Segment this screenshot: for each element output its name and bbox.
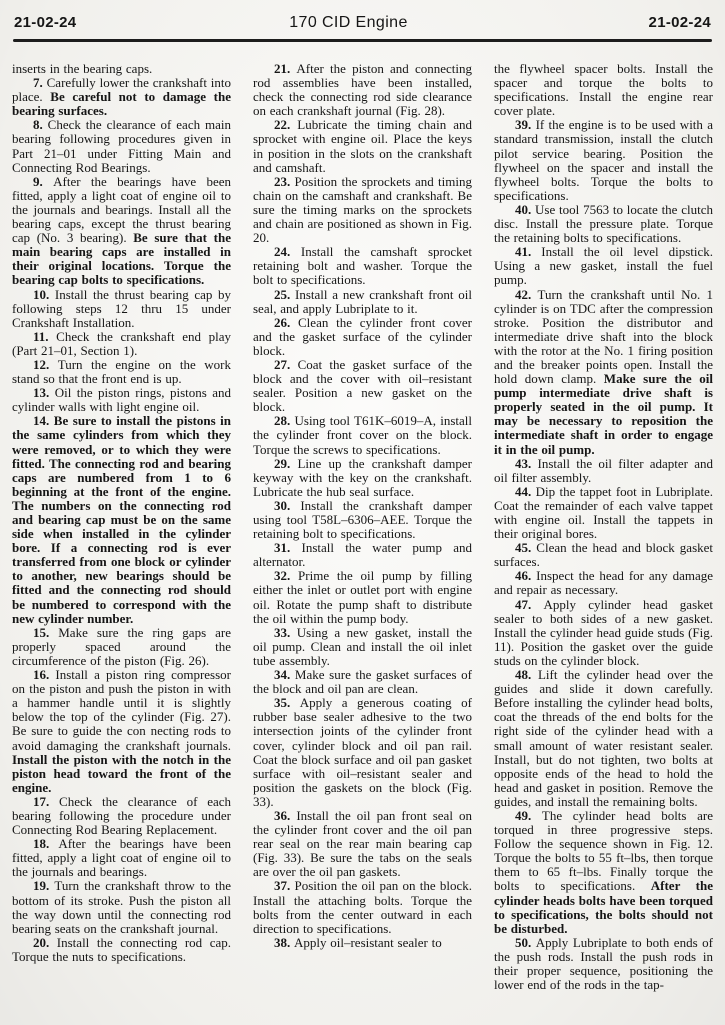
paragraph: 24. Install the camshaft sprocket retain… — [253, 245, 472, 287]
paragraph: 40. Use tool 7563 to locate the clutch d… — [494, 203, 713, 245]
paragraph: 10. Install the thrust bearing cap by fo… — [12, 288, 231, 330]
step-number: 40. — [515, 202, 535, 217]
step-number: 48. — [515, 667, 538, 682]
step-number: 13. — [33, 385, 55, 400]
body-text: Apply a generous coating of rubber base … — [253, 695, 472, 809]
paragraph: 28. Using tool T61K–6019–A, install the … — [253, 414, 472, 456]
paragraph: 9. After the bearings have been fitted, … — [12, 175, 231, 288]
step-number: 30. — [274, 498, 300, 513]
body-text: Apply oil–resistant sealer to — [294, 935, 442, 950]
paragraph: 29. Line up the crankshaft damper keyway… — [253, 457, 472, 499]
paragraph: 27. Coat the gasket surface of the block… — [253, 358, 472, 414]
step-number: 37. — [274, 878, 295, 893]
paragraph: inserts in the bearing caps. — [12, 62, 231, 76]
paragraph: 8. Check the clearance of each main bear… — [12, 118, 231, 174]
paragraph: the flywheel spacer bolts. Install the s… — [494, 62, 713, 118]
paragraph: 50. Apply Lubriplate to both ends of the… — [494, 936, 713, 992]
step-number: 46. — [515, 568, 536, 583]
step-number: 26. — [274, 315, 298, 330]
paragraph: 37. Position the oil pan on the block. I… — [253, 879, 472, 935]
step-number: 47. — [515, 597, 543, 612]
paragraph: 7. Carefully lower the crankshaft into p… — [12, 76, 231, 118]
paragraph: 23. Position the sprockets and timing ch… — [253, 175, 472, 245]
paragraph: 49. The cylinder head bolts are torqued … — [494, 809, 713, 936]
paragraph: 48. Lift the cylinder head over the guid… — [494, 668, 713, 809]
page-body: inserts in the bearing caps.7. Carefully… — [12, 62, 713, 992]
paragraph: 25. Install a new crankshaft front oil s… — [253, 288, 472, 316]
page-number-left: 21-02-24 — [14, 14, 76, 31]
step-number: 43. — [515, 456, 537, 471]
step-number: 31. — [274, 540, 301, 555]
step-number: 15. — [33, 625, 58, 640]
body-text: inserts in the bearing caps. — [12, 61, 152, 76]
paragraph: 38. Apply oil–resistant sealer to — [253, 936, 472, 950]
step-number: 33. — [274, 625, 297, 640]
paragraph: 21. After the piston and connecting rod … — [253, 62, 472, 118]
step-number: 17. — [33, 794, 59, 809]
step-number: 22. — [274, 117, 297, 132]
step-number: 27. — [274, 357, 298, 372]
paragraph: 19. Turn the crankshaft throw to the bot… — [12, 879, 231, 935]
header-rule — [13, 39, 712, 42]
paragraph: 26. Clean the cylinder front cover and t… — [253, 316, 472, 358]
paragraph: 42. Turn the crankshaft until No. 1 cyli… — [494, 288, 713, 457]
step-number: 8. — [33, 117, 48, 132]
step-number: 9. — [33, 174, 53, 189]
step-number: 19. — [33, 878, 54, 893]
paragraph: 43. Install the oil filter adapter and o… — [494, 457, 713, 485]
step-number: 39. — [515, 117, 536, 132]
paragraph: 14. Be sure to install the pistons in th… — [12, 414, 231, 625]
step-number: 24. — [274, 244, 301, 259]
paragraph: 12. Turn the engine on the work stand so… — [12, 358, 231, 386]
paragraph: 15. Make sure the ring gaps are properly… — [12, 626, 231, 668]
text-column-1: inserts in the bearing caps.7. Carefully… — [12, 62, 231, 992]
paragraph: 32. Prime the oil pump by filling either… — [253, 569, 472, 625]
step-number: 18. — [33, 836, 58, 851]
paragraph: 17. Check the clearance of each bearing … — [12, 795, 231, 837]
paragraph: 34. Make sure the gasket surfaces of the… — [253, 668, 472, 696]
paragraph: 44. Dip the tappet foot in Lubriplate. C… — [494, 485, 713, 541]
paragraph: 20. Install the connecting rod cap. Torq… — [12, 936, 231, 964]
step-number: 41. — [515, 244, 541, 259]
step-number: 23. — [274, 174, 295, 189]
step-number: 50. — [515, 935, 536, 950]
paragraph: 33. Using a new gasket, install the oil … — [253, 626, 472, 668]
paragraph: 39. If the engine is to be used with a s… — [494, 118, 713, 203]
step-number: 10. — [33, 287, 55, 302]
body-text: Lift the cylinder head over the guides a… — [494, 667, 713, 809]
paragraph: 41. Install the oil level dipstick. Usin… — [494, 245, 713, 287]
step-number: 20. — [33, 935, 57, 950]
paragraph: 22. Lubricate the timing chain and sproc… — [253, 118, 472, 174]
step-number: 25. — [274, 287, 295, 302]
paragraph: 36. Install the oil pan front seal on th… — [253, 809, 472, 879]
paragraph: 18. After the bearings have been fitted,… — [12, 837, 231, 879]
page-title: 170 CID Engine — [289, 14, 408, 32]
body-text: the flywheel spacer bolts. Install the s… — [494, 61, 713, 118]
step-number: 35. — [274, 695, 300, 710]
paragraph: 11. Check the crankshaft end play (Part … — [12, 330, 231, 358]
bold-text: Be sure to install the pistons in the sa… — [12, 413, 231, 625]
step-number: 21. — [274, 61, 296, 76]
step-number: 42. — [515, 287, 538, 302]
text-column-2: 21. After the piston and connecting rod … — [253, 62, 472, 992]
step-number: 29. — [274, 456, 297, 471]
step-number: 36. — [274, 808, 296, 823]
step-number: 14. — [33, 413, 54, 428]
step-number: 44. — [515, 484, 536, 499]
step-number: 38. — [274, 935, 294, 950]
text-column-3: the flywheel spacer bolts. Install the s… — [494, 62, 713, 992]
step-number: 28. — [274, 413, 295, 428]
paragraph: 47. Apply cylinder head gasket sealer to… — [494, 598, 713, 668]
paragraph: 31. Install the water pump and alternato… — [253, 541, 472, 569]
step-number: 12. — [33, 357, 58, 372]
paragraph: 35. Apply a generous coating of rubber b… — [253, 696, 472, 809]
step-number: 45. — [515, 540, 536, 555]
step-number: 11. — [33, 329, 56, 344]
paragraph: 16. Install a piston ring compressor on … — [12, 668, 231, 795]
step-number: 32. — [274, 568, 298, 583]
paragraph: 46. Inspect the head for any damage and … — [494, 569, 713, 597]
paragraph: 30. Install the crankshaft damper using … — [253, 499, 472, 541]
page-number-right: 21-02-24 — [649, 14, 711, 31]
paragraph: 13. Oil the piston rings, pistons and cy… — [12, 386, 231, 414]
step-number: 7. — [33, 75, 47, 90]
step-number: 16. — [33, 667, 55, 682]
bold-text: Install the piston with the notch in the… — [12, 752, 231, 795]
page-header: 21-02-24 170 CID Engine 21-02-24 — [12, 10, 713, 32]
manual-page: 21-02-24 170 CID Engine 21-02-24 inserts… — [0, 0, 725, 1025]
step-number: 34. — [274, 667, 295, 682]
paragraph: 45. Clean the head and block gasket surf… — [494, 541, 713, 569]
step-number: 49. — [515, 808, 542, 823]
